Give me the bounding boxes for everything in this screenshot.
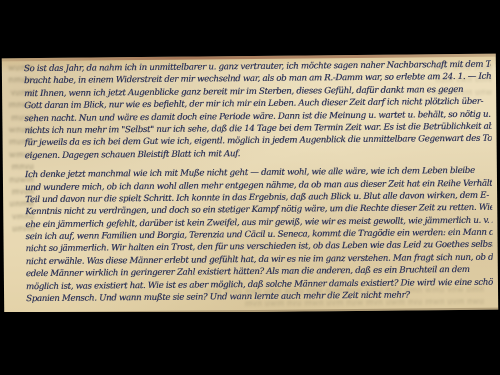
letterbox-bar-bottom — [0, 312, 500, 375]
letterbox-bar-top — [0, 0, 500, 56]
handwritten-paragraph-1: So ist das Jahr, da nahm ich in unmittel… — [24, 59, 492, 163]
handwritten-paragraph-2: Ich denke jetzt manchmal wie ich mit Muß… — [25, 165, 493, 306]
letter-paper: nmuwwumnmnuvuwnmnvummunwwnumnumwuvnmmwun… — [2, 54, 498, 315]
letterboxed-photo: nmuwwumnmnuvuwnmnvummunwwnumnumwuvnmmwun… — [0, 0, 500, 375]
handwritten-text: So ist das Jahr, da nahm ich in unmittel… — [24, 59, 493, 306]
